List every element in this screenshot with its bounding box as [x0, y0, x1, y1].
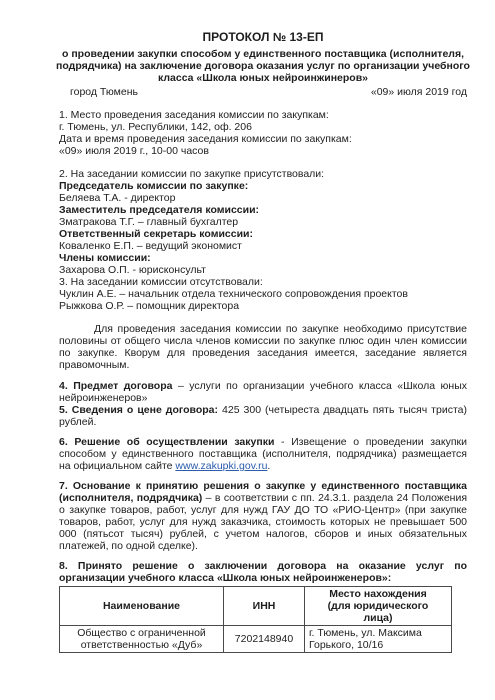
date-label: «09» июля 2019 год	[371, 86, 467, 98]
role-title: Заместитель председателя комиссии:	[59, 204, 467, 216]
absent-person: Чуклин А.Е. – начальник отдела техническ…	[59, 288, 467, 300]
section-attendees: 2. На заседании комиссии по закупке прис…	[59, 168, 467, 312]
supplier-table-row: Общество с ограниченной ответственностью…	[60, 626, 452, 653]
city-label: город Тюмень	[70, 86, 138, 98]
zakupki-link[interactable]: www.zakupki.gov.ru	[175, 460, 267, 472]
procurement-decision-period: .	[267, 460, 270, 472]
meeting-datetime-label: Дата и время проведения заседания комисс…	[59, 133, 467, 145]
role-person: Зматракова Т.Г. – главный бухгалтер	[59, 216, 467, 228]
role-title: Члены комиссии:	[59, 252, 467, 264]
section-resolution: 8. Принято решение о заключении договора…	[59, 560, 467, 653]
contract-subject: 4. Предмет договора – услуги по организа…	[59, 380, 467, 404]
role-person: Коваленко Е.П. – ведущий экономист	[59, 240, 467, 252]
city-date-row: город Тюмень «09» июля 2019 год	[59, 86, 467, 98]
role-title: Председатель комиссии по закупке:	[59, 180, 467, 192]
supplier-table: Наименование ИНН Место нахождения (для ю…	[59, 586, 452, 653]
role-person: Беляева Т.А. - директор	[59, 192, 467, 204]
supplier-inn-cell: 7202148940	[224, 626, 305, 653]
meeting-place-label: 1. Место проведения заседания комиссии п…	[59, 109, 467, 121]
quorum-paragraph: Для проведения заседания комиссии по зак…	[59, 323, 467, 371]
resolution-heading-label: 8. Принято решение о заключении договора…	[59, 560, 348, 572]
contract-subject-label: 4. Предмет договора	[59, 380, 172, 392]
document-page: ПРОТОКОЛ № 13-ЕП о проведении закупки сп…	[0, 0, 495, 700]
col-header-name: Наименование	[60, 587, 224, 626]
section-subject-price: 4. Предмет договора – услуги по организа…	[59, 380, 467, 428]
supplier-location-cell: г. Тюмень, ул. Максима Горького, 10/16	[305, 626, 452, 653]
contract-price-label: 5. Сведения о цене договора:	[59, 404, 218, 416]
meeting-datetime-value: «09» июля 2019 г., 10-00 часов	[59, 145, 467, 157]
protocol-subtitle: о проведении закупки способом у единстве…	[50, 48, 476, 84]
procurement-decision: 6. Решение об осуществлении закупки - Из…	[59, 436, 467, 472]
procurement-decision-label: 6. Решение об осуществлении закупки	[59, 436, 274, 448]
supplier-name-cell: Общество с ограниченной ответственностью…	[60, 626, 224, 653]
col-header-inn: ИНН	[224, 587, 305, 626]
role-title: Ответственный секретарь комиссии:	[59, 228, 467, 240]
role-person: Захарова О.П. - юрисконсульт	[59, 264, 467, 276]
protocol-title: ПРОТОКОЛ № 13-ЕП	[59, 31, 467, 44]
absent-person: Рыжкова О.Р. – помощник директора	[59, 300, 467, 312]
contract-price: 5. Сведения о цене договора: 425 300 (че…	[59, 404, 467, 428]
resolution-heading: 8. Принято решение о заключении договора…	[59, 560, 467, 584]
supplier-table-header-row: Наименование ИНН Место нахождения (для ю…	[60, 587, 452, 626]
col-header-location: Место нахождения (для юридического лица)	[305, 587, 452, 626]
section-meeting-place: 1. Место проведения заседания комиссии п…	[59, 109, 467, 157]
decision-basis: 7. Основание к принятию решения о закупк…	[59, 480, 467, 552]
absent-heading: 3. На заседании комиссии отсутствовали:	[59, 276, 467, 288]
attendees-heading: 2. На заседании комиссии по закупке прис…	[59, 168, 467, 180]
meeting-place-value: г. Тюмень, ул. Республики, 142, оф. 206	[59, 121, 467, 133]
